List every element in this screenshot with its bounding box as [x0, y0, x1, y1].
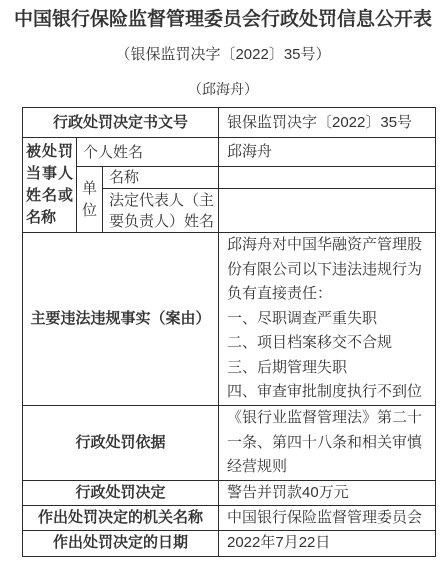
table-row-org-name: 单位 名称	[23, 167, 436, 189]
table-row-authority: 作出处罚决定的机关名称 中国银行保险监督管理委员会	[23, 505, 436, 530]
table-row-facts: 主要违法违规事实（案由） 邱海舟对中国华融资产管理股份有限公司以下违法违规行为负…	[23, 233, 436, 406]
facts-item-1: 一、尽职调查严重失职	[227, 307, 431, 332]
facts-item-3: 三、后期管理失职	[227, 356, 431, 381]
date-value: 2022年7月22日	[219, 530, 436, 556]
facts-label: 主要违法违规事实（案由）	[23, 233, 219, 406]
individual-name-label: 个人姓名	[77, 138, 219, 167]
decision-label: 行政处罚决定	[23, 480, 219, 505]
facts-item-2: 二、项目档案移交不合规	[227, 331, 431, 356]
authority-label: 作出处罚决定的机关名称	[23, 505, 219, 530]
table-row-doc-no: 行政处罚决定书文号 银保监罚决字〔2022〕35号	[23, 108, 436, 138]
facts-value: 邱海舟对中国华融资产管理股份有限公司以下违法违规行为负有直接责任： 一、尽职调查…	[219, 233, 436, 406]
facts-intro: 邱海舟对中国华融资产管理股份有限公司以下违法违规行为负有直接责任：	[227, 233, 431, 307]
table-row-decision: 行政处罚决定 警告并罚款40万元	[23, 480, 436, 505]
legal-rep-label: 法定代表人（主要负责人）姓名	[103, 189, 219, 233]
org-unit-label: 单位	[77, 167, 103, 233]
date-label: 作出处罚决定的日期	[23, 530, 219, 556]
table-row-date: 作出处罚决定的日期 2022年7月22日	[23, 530, 436, 556]
basis-label: 行政处罚依据	[23, 406, 219, 481]
facts-item-4: 四、审查审批制度执行不到位	[227, 380, 431, 405]
org-name-label: 名称	[103, 167, 219, 189]
page-title: 中国银行保险监督管理委员会行政处罚信息公开表	[3, 8, 443, 32]
decision-value: 警告并罚款40万元	[219, 480, 436, 505]
penalty-disclosure-page: 中国银行保险监督管理委员会行政处罚信息公开表 （银保监罚决字〔2022〕35号）…	[0, 0, 446, 562]
individual-name-value: 邱海舟	[219, 138, 436, 167]
doc-no-value: 银保监罚决字〔2022〕35号	[219, 108, 436, 138]
basis-value: 《银行业监督管理法》第二十一条、第四十八条和相关审慎经营规则	[219, 406, 436, 481]
doc-number-subtitle: （银保监罚决字〔2022〕35号）	[0, 45, 446, 65]
penalty-info-table: 行政处罚决定书文号 银保监罚决字〔2022〕35号 被处罚当事人姓名或名称 个人…	[22, 107, 436, 557]
table-row-basis: 行政处罚依据 《银行业监督管理法》第二十一条、第四十八条和相关审慎经营规则	[23, 406, 436, 481]
table-row-individual-name: 被处罚当事人姓名或名称 个人姓名 邱海舟	[23, 138, 436, 167]
authority-value: 中国银行保险监督管理委员会	[219, 505, 436, 530]
doc-no-label: 行政处罚决定书文号	[23, 108, 219, 138]
party-name-label: 被处罚当事人姓名或名称	[23, 138, 77, 233]
person-name-subtitle: （邱海舟）	[0, 79, 446, 99]
legal-rep-value	[219, 189, 436, 233]
org-name-value	[219, 167, 436, 189]
